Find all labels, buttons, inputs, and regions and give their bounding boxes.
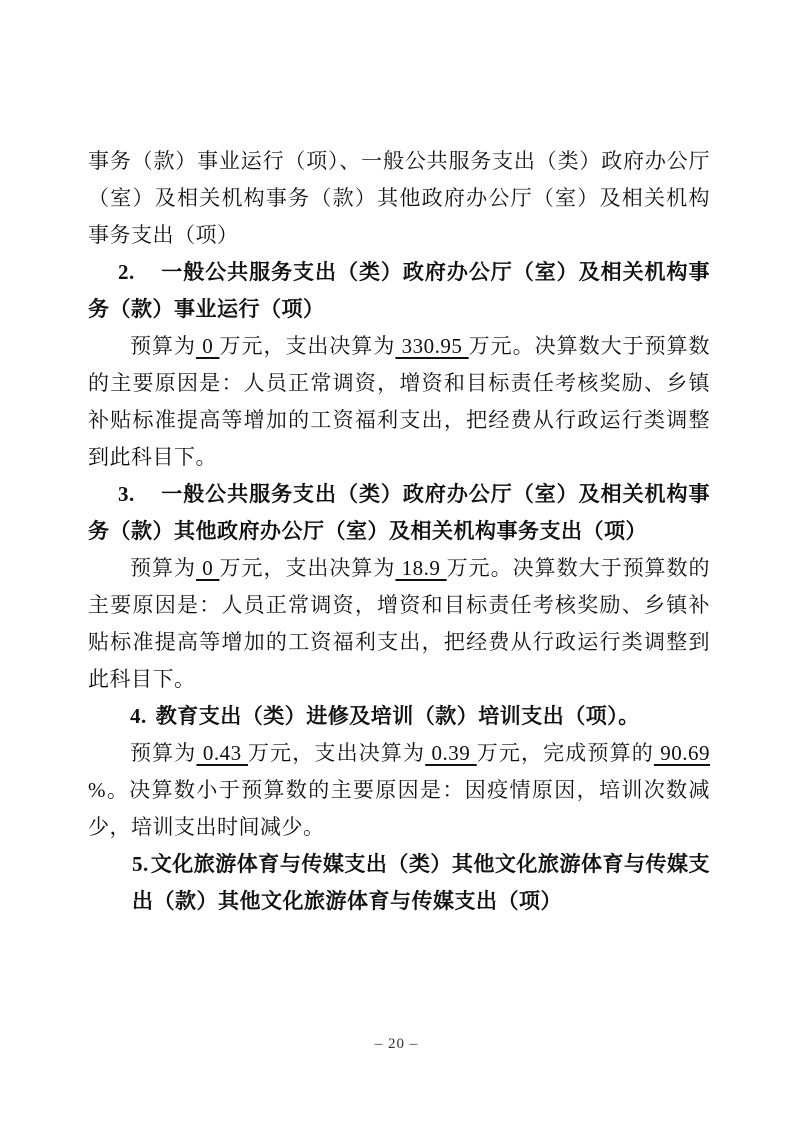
- heading-text: 文化旅游体育与传媒支出（类）其他文化旅游体育与传媒支出（款）其他文化旅游体育与传…: [132, 852, 710, 913]
- paragraph-section-2: 预算为 0 万元，支出决算为 330.95 万元。决算数大于预算数的主要原因是：…: [88, 328, 710, 476]
- paragraph-section-3: 预算为 0 万元，支出决算为 18.9 万元。决算数大于预算数的主要原因是：人员…: [88, 550, 710, 698]
- text-run: 万元，支出决算为: [219, 334, 395, 358]
- heading-text: 教育支出（类）进修及培训（款）培训支出（项）。: [156, 704, 640, 728]
- document-content: 事务（款）事业运行（项）、一般公共服务支出（类）政府办公厅（室）及相关机构事务（…: [88, 143, 710, 920]
- heading-text: 一般公共服务支出（类）政府办公厅（室）及相关机构事务（款）其他政府办公厅（室）及…: [88, 482, 710, 543]
- text-run: 万元，支出决算为: [248, 741, 425, 765]
- text-run: 预算为: [130, 741, 196, 765]
- heading-text: 一般公共服务支出（类）政府办公厅（室）及相关机构事务（款）事业运行（项）: [88, 260, 710, 321]
- text-run: 万元，完成预算的: [477, 741, 654, 765]
- text-run: 预算为: [130, 334, 196, 358]
- underlined-value-final: 330.95: [395, 334, 468, 358]
- heading-number: 4.: [130, 704, 147, 728]
- heading-section-2: 2.一般公共服务支出（类）政府办公厅（室）及相关机构事务（款）事业运行（项）: [88, 254, 710, 328]
- text-run: 预算为: [130, 556, 196, 580]
- heading-section-4: 4.教育支出（类）进修及培训（款）培训支出（项）。: [88, 698, 710, 735]
- page-number: – 20 –: [0, 1034, 793, 1054]
- underlined-value-budget: 0: [196, 334, 219, 358]
- underlined-value-budget: 0.43: [196, 741, 248, 765]
- heading-number: 3.: [118, 482, 135, 506]
- heading-number: 2.: [118, 260, 135, 284]
- text-run: %。决算数小于预算数的主要原因是：因疫情原因，培训次数减少，培训支出时间减少。: [88, 778, 710, 839]
- heading-section-5: 5.文化旅游体育与传媒支出（类）其他文化旅游体育与传媒支出（款）其他文化旅游体育…: [132, 846, 710, 920]
- paragraph-continuation: 事务（款）事业运行（项）、一般公共服务支出（类）政府办公厅（室）及相关机构事务（…: [88, 143, 710, 254]
- document-page: 事务（款）事业运行（项）、一般公共服务支出（类）政府办公厅（室）及相关机构事务（…: [0, 0, 793, 1122]
- paragraph-section-4: 预算为 0.43 万元，支出决算为 0.39 万元，完成预算的 90.69 %。…: [88, 735, 710, 846]
- underlined-value-final: 18.9: [395, 556, 446, 580]
- text-run: 万元，支出决算为: [219, 556, 395, 580]
- underlined-value-budget: 0: [196, 556, 219, 580]
- heading-number: 5.: [132, 852, 149, 876]
- underlined-value-percent: 90.69: [654, 741, 710, 765]
- underlined-value-final: 0.39: [425, 741, 477, 765]
- heading-section-3: 3.一般公共服务支出（类）政府办公厅（室）及相关机构事务（款）其他政府办公厅（室…: [88, 476, 710, 550]
- text-run: 事务（款）事业运行（项）、一般公共服务支出（类）政府办公厅（室）及相关机构事务（…: [88, 149, 710, 247]
